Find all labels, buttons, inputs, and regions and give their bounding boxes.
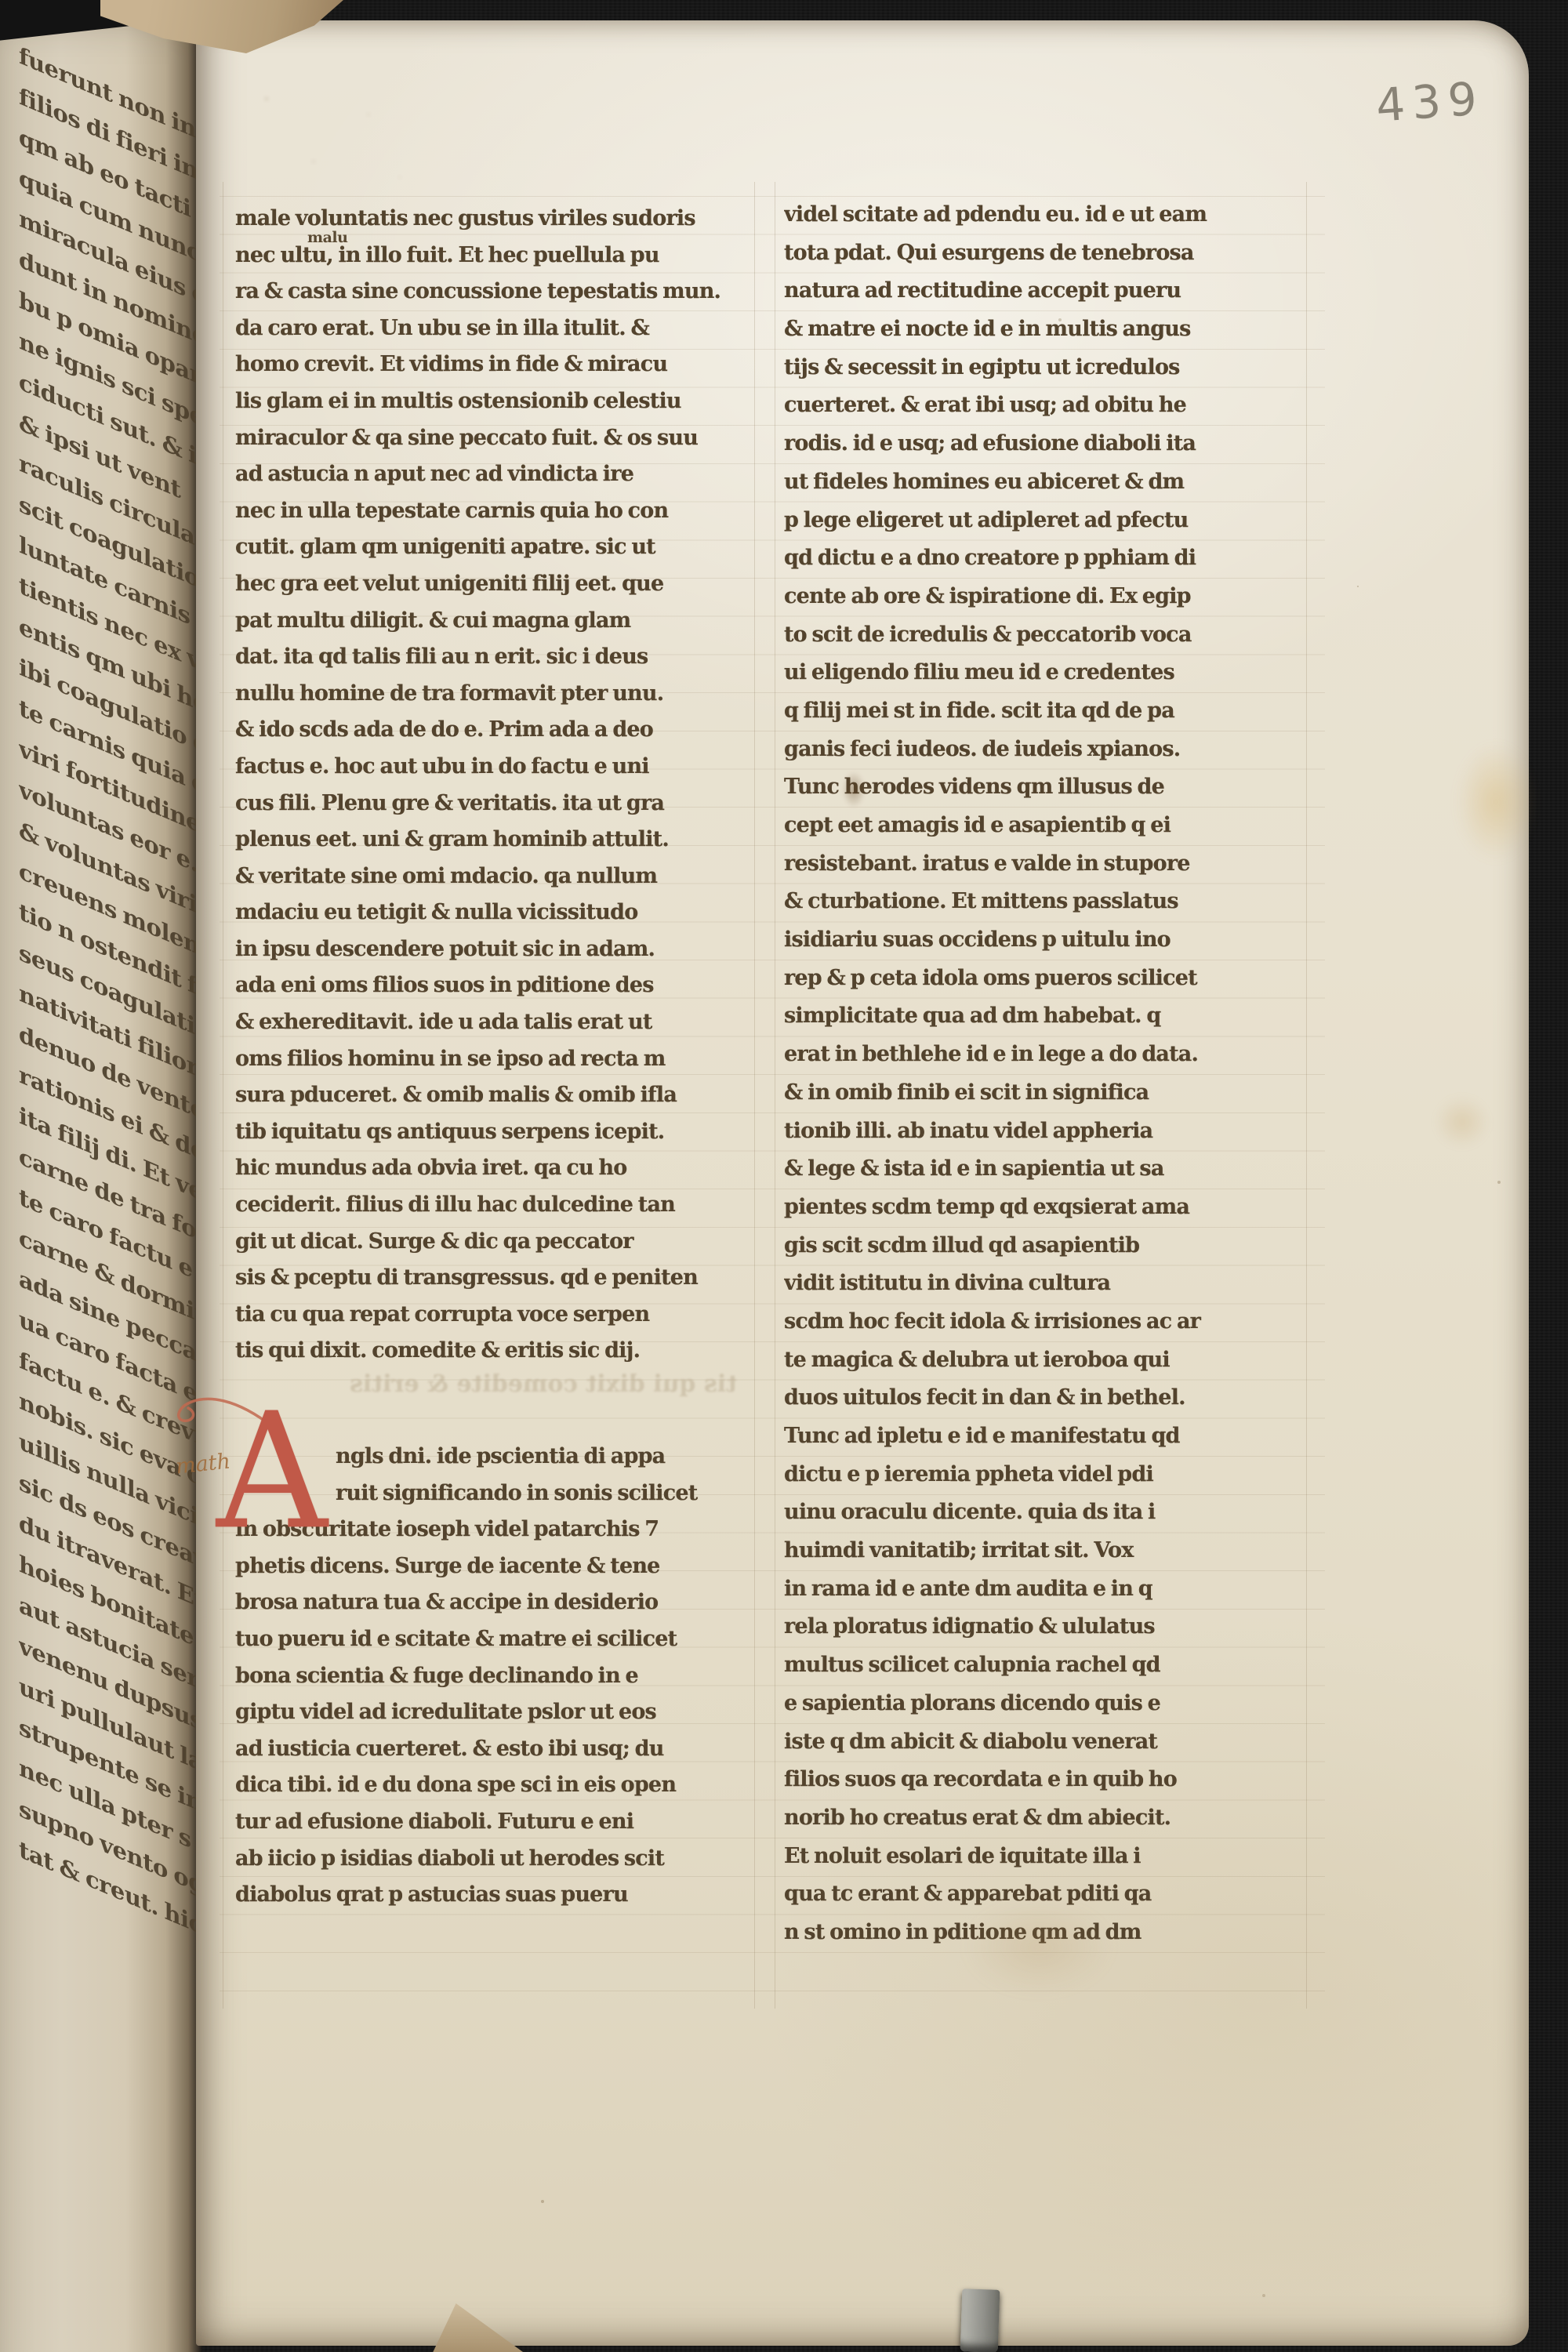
text-line: lis glam ei in multis ostensionib celest… — [235, 383, 759, 420]
text-line: ganis feci iudeos. de iudeis xpianos. — [784, 731, 1308, 769]
text-line: brosa natura tua & accipe in desiderio — [235, 1584, 759, 1621]
text-line: dictu e p ieremia ppheta videl pdi — [784, 1456, 1308, 1494]
text-line: e sapientia plorans dicendo quis e — [784, 1685, 1308, 1723]
text-line: ut fideles homines eu abiceret & dm — [784, 463, 1308, 502]
text-line: hic mundus ada obvia iret. qa cu ho — [235, 1150, 759, 1187]
text-line: oms filios hominu in se ipso ad recta m — [235, 1041, 759, 1078]
text-line: rodis. id e usq; ad efusione diaboli ita — [784, 425, 1308, 463]
facing-page-edge: fuerunt non in serulmifilios di fieri in… — [0, 0, 202, 2352]
text-line: & matre ei nocte id e in multis angus — [784, 310, 1308, 349]
text-line: tijs & secessit in egiptu ut icredulos — [784, 349, 1308, 387]
parchment-freckles — [243, 67, 416, 209]
text-line: huimdi vanitatib; irritat sit. Vox — [784, 1532, 1308, 1570]
text-line: rela ploratus idignatio & ululatus — [784, 1608, 1308, 1646]
text-line: gis scit scdm illud qd asapientib — [784, 1227, 1308, 1265]
text-line: erat in bethlehe id e in lege a do data. — [784, 1036, 1308, 1074]
text-line: Tunc ad ipletu e id e manifestatu qd — [784, 1417, 1308, 1456]
text-line: videl scitate ad pdendu eu. id e ut eam — [784, 196, 1308, 234]
text-line: ada eni oms filios suos in pditione des — [235, 967, 759, 1004]
manuscript-page: 439 malu male voluntatis nec gustus viri… — [196, 20, 1529, 2346]
text-line: q filij mei st in fide. scit ita qd de p… — [784, 692, 1308, 731]
text-line: cuerteret. & erat ibi usq; ad obitu he — [784, 387, 1308, 425]
text-line: p lege eligeret ut adipleret ad pfectu — [784, 502, 1308, 540]
text-line: tuo pueru id e scitate & matre ei scilic… — [235, 1621, 759, 1658]
text-line: isidiariu suas occidens p uitulu ino — [784, 921, 1308, 960]
text-line: pientes scdm temp qd exqsierat ama — [784, 1189, 1308, 1227]
text-line: in ipsu descendere potuit sic in adam. — [235, 931, 759, 968]
text-line: da caro erat. Un ubu se in illa itulit. … — [235, 310, 759, 347]
text-line: & in omib finib ei scit in significa — [784, 1074, 1308, 1112]
text-line: qd dictu e a dno creatore p pphiam di — [784, 539, 1308, 578]
initial-letter-A: A — [216, 1391, 342, 1570]
text-line: dica tibi. id e du dona spe sci in eis o… — [235, 1767, 759, 1804]
text-line: ad iusticia cuerteret. & esto ibi usq; d… — [235, 1731, 759, 1768]
text-line: in rama id e ante dm audita e in q — [784, 1570, 1308, 1609]
parchment-stain — [1435, 1096, 1490, 1148]
text-line: nullu homine de tra formavit pter unu. — [235, 676, 759, 713]
text-line: qua tc erant & apparebat pditi qa — [784, 1875, 1308, 1914]
text-column-2: videl scitate ad pdendu eu. id e ut eamt… — [784, 196, 1308, 1952]
text-line: cente ab ore & ispiratione di. Ex egip — [784, 578, 1308, 616]
text-line: & lege & ista id e in sapientia ut sa — [784, 1150, 1308, 1189]
text-line: Et noluit esolari de iquitate illa i — [784, 1838, 1308, 1876]
parchment-stain — [1457, 743, 1535, 861]
text-line: miraculor & qa sine peccato fuit. & os s… — [235, 420, 759, 457]
text-line: git ut dicat. Surge & dic qa peccator — [235, 1224, 759, 1261]
vertical-ruling — [223, 182, 223, 2009]
text-line: tur ad efusione diaboli. Futuru e eni — [235, 1804, 759, 1841]
text-line: cus fili. Plenu gre & veritatis. ita ut … — [235, 786, 759, 822]
text-line: tib iquitatu qs antiquus serpens icepit. — [235, 1114, 759, 1151]
text-line: sura pduceret. & omib malis & omib ifla — [235, 1077, 759, 1114]
text-line: diabolus qrat p astucias suas pueru — [235, 1877, 759, 1914]
text-line: ceciderit. filius di illu hac dulcedine … — [235, 1187, 759, 1224]
text-column-1-paragraph-1: male voluntatis nec gustus viriles sudor… — [235, 201, 759, 1370]
text-line: scdm hoc fecit idola & irrisiones ac ar — [784, 1303, 1308, 1341]
text-line: dat. ita qd talis fili au n erit. sic i … — [235, 639, 759, 676]
text-line: ab iicio p isidias diaboli ut herodes sc… — [235, 1841, 759, 1878]
text-line: norib ho creatus erat & dm abiecit. — [784, 1799, 1308, 1838]
text-line: to scit de icredulis & peccatorib voca — [784, 616, 1308, 655]
text-line: cept eet amagis id e asapientib q ei — [784, 807, 1308, 845]
text-line: giptu videl ad icredulitate pslor ut eos — [235, 1694, 759, 1731]
text-line: uinu oraculu dicente. quia ds ita i — [784, 1494, 1308, 1532]
text-line: tis qui dixit. comedite & eritis sic dij… — [235, 1333, 759, 1370]
text-line: Tunc herodes videns qm illusus de — [784, 768, 1308, 807]
text-line: cutit. glam qm unigeniti apatre. sic ut — [235, 529, 759, 566]
text-line: sis & pceptu di transgressus. qd e penit… — [235, 1260, 759, 1297]
text-line: nec ultu, in illo fuit. Et hec puellula … — [235, 238, 759, 274]
text-line: factus e. hoc aut ubu in do factu e uni — [235, 749, 759, 786]
text-line: plenus eet. uni & gram hominib attulit. — [235, 822, 759, 858]
text-line: tota pdat. Qui esurgens de tenebrosa — [784, 234, 1308, 273]
text-line: ad astucia n aput nec ad vindicta ire — [235, 456, 759, 493]
text-line: tia cu qua repat corrupta voce serpen — [235, 1297, 759, 1334]
text-line: bona scientia & fuge declinando in e — [235, 1658, 759, 1695]
text-line: iste q dm abicit & diabolu venerat — [784, 1723, 1308, 1762]
text-line: mdaciu eu tetigit & nulla vicissitudo — [235, 895, 759, 931]
page-number: 439 — [1374, 71, 1486, 132]
text-line: ui eligendo filiu meu id e credentes — [784, 654, 1308, 692]
text-line: pat multu diligit. & cui magna glam — [235, 603, 759, 640]
text-line: male voluntatis nec gustus viriles sudor… — [235, 201, 759, 238]
text-line: n st omino in pditione qm ad dm — [784, 1914, 1308, 1952]
text-line: filios suos qa recordata e in quib ho — [784, 1761, 1308, 1799]
text-line: multus scilicet calupnia rachel qd — [784, 1646, 1308, 1685]
book-clasp — [960, 2288, 1000, 2352]
vertical-ruling — [775, 182, 775, 2009]
text-line: rep & p ceta idola oms pueros scilicet — [784, 960, 1308, 998]
text-line: & veritate sine omi mdacio. qa nullum — [235, 858, 759, 895]
photograph-black-background: { "meta": { "document_type": "medieval m… — [0, 0, 1568, 2352]
text-line: vidit istitutu in divina cultura — [784, 1265, 1308, 1303]
text-line: nec in ulla tepestate carnis quia ho con — [235, 493, 759, 530]
text-line: natura ad rectitudine accepit pueru — [784, 272, 1308, 310]
fly-specks — [306, 256, 309, 259]
text-line: te magica & delubra ut ieroboa qui — [784, 1341, 1308, 1380]
text-line: ra & casta sine concussione tepestatis m… — [235, 274, 759, 310]
text-line: resistebant. iratus e valde in stupore — [784, 845, 1308, 884]
text-line: tionib illi. ab inatu videl appheria — [784, 1112, 1308, 1151]
text-line: hec gra eet velut unigeniti filij eet. q… — [235, 566, 759, 603]
text-line: homo crevit. Et vidims in fide & miracu — [235, 347, 759, 383]
facing-page-text: fuerunt non in serulmifilios di fieri in… — [19, 34, 202, 2009]
text-line: & exhereditavit. ide u ada talis erat ut — [235, 1004, 759, 1041]
text-line: duos uitulos fecit in dan & in bethel. — [784, 1379, 1308, 1417]
text-line: simplicitate qua ad dm habebat. q — [784, 997, 1308, 1036]
text-line: & ido scds ada de do e. Prim ada a deo — [235, 712, 759, 749]
text-line: & cturbatione. Et mittens passlatus — [784, 883, 1308, 921]
